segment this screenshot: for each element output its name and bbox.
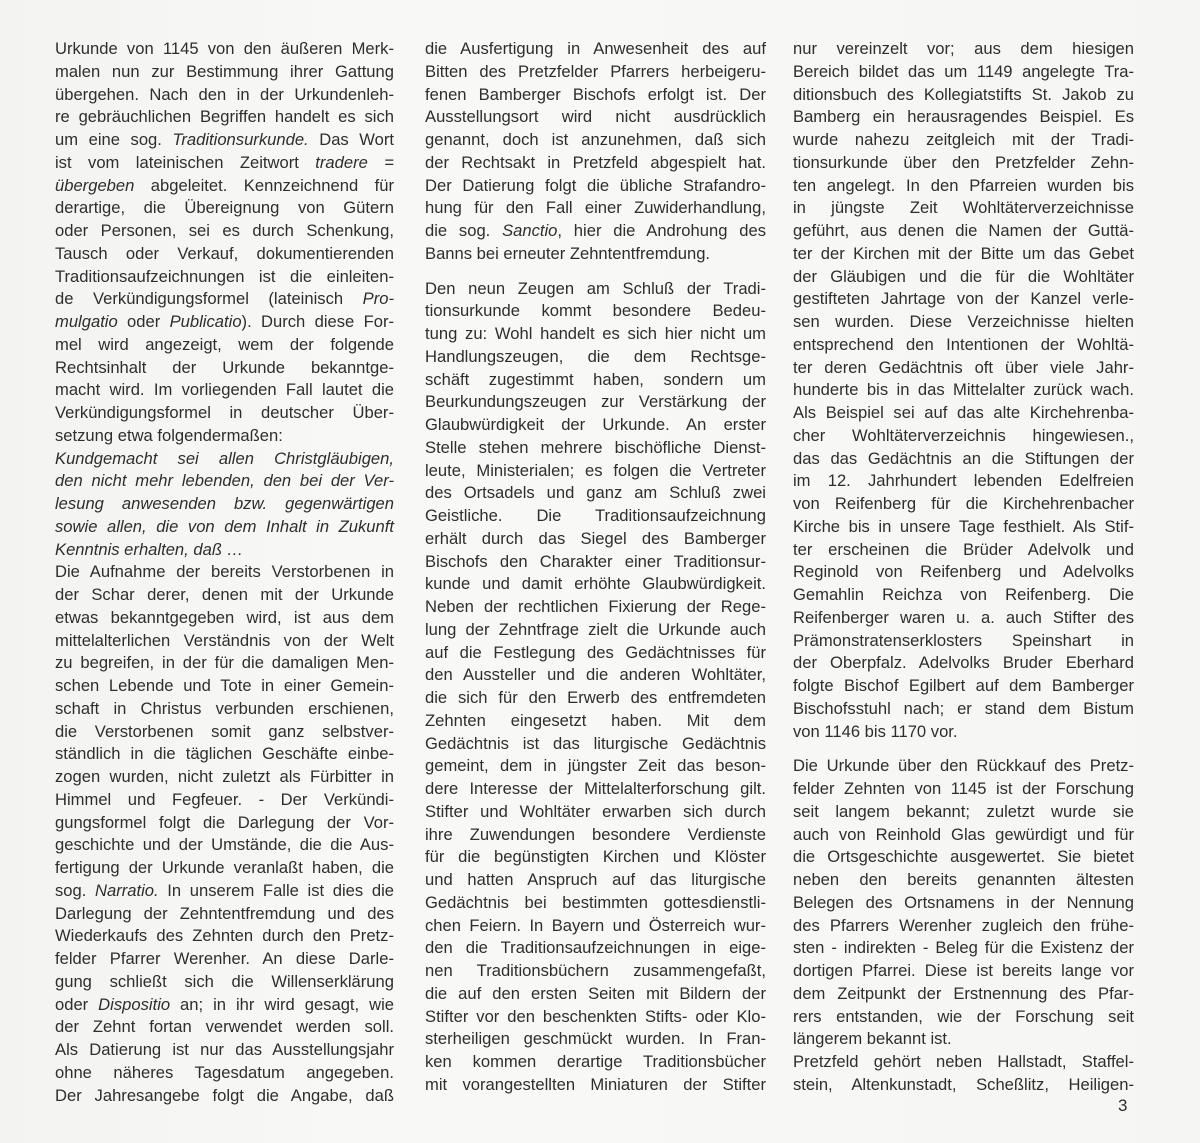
text-line: der Zehnt fortan verwendet werden soll.: [55, 1016, 394, 1039]
text-line: zogen wurden, nicht zuletzt als Fürbitte…: [55, 766, 394, 789]
text-line: des Pfarrers Werenher zugleich den frühe…: [793, 915, 1134, 938]
text-line: Bischofs den Charakter einer Traditionsu…: [425, 551, 766, 574]
paragraph: Urkunde von 1145 von den äußeren Merk-ma…: [55, 38, 394, 1107]
text-line: den nicht mehr lebenden, den bei der Ver…: [55, 470, 394, 493]
text-line: kunde und damit erhöhte Glaubwürdigkeit.: [425, 573, 766, 596]
text-line: ihre Zuwendungen besondere Verdienste: [425, 824, 766, 847]
italic-term: Traditionsurkunde.: [172, 130, 308, 149]
text-line: Der Datierung folgt die übliche Strafand…: [425, 175, 766, 198]
italic-term: Sanctio: [502, 221, 557, 240]
text-line: für die begünstigten Kirchen und Klöster: [425, 846, 766, 869]
text-line: felder Pfarrer Werenher. An diese Darle-: [55, 948, 394, 971]
text-line: auch von Reinhold Glas gewürdigt und für: [793, 824, 1134, 847]
text-line: des Ortsadels und ganz am Schluß zwei: [425, 482, 766, 505]
text-line: Kirche bis in unsere Tage festhielt. Als…: [793, 516, 1134, 539]
text-line: ter deren Gedächtnis oft über viele Jahr…: [793, 357, 1134, 380]
text-line: Stelle stehen mehrere bischöfliche Diens…: [425, 437, 766, 460]
text-line: Reifenberger waren u. a. auch Stifter de…: [793, 607, 1134, 630]
text-line: sog. Narratio. In unserem Falle ist dies…: [55, 880, 394, 903]
text-line: Neben der rechtlichen Fixierung der Rege…: [425, 596, 766, 619]
text-line: Handlungszeugen, die dem Rechtsge-: [425, 346, 766, 369]
text-line: Traditionsaufzeichnungen ist die einleit…: [55, 266, 394, 289]
text-line: nen Traditionsbüchern zusammengefaßt,: [425, 960, 766, 983]
text-line: schaft in Christus verbunden erschienen,: [55, 698, 394, 721]
text-line: längerem bekannt ist.: [793, 1028, 1134, 1051]
text-line: hunderte bis in das Mittelalter zurück w…: [793, 379, 1134, 402]
text-line: Bamberg ein herausragendes Beispiel. Es: [793, 106, 1134, 129]
text-line: um eine sog. Traditionsurkunde. Das Wort: [55, 129, 394, 152]
italic-term: tradere =: [315, 153, 394, 172]
text-line: ten angelegt. In den Pfarreien wurden bi…: [793, 175, 1134, 198]
text-line: derartige, die Übereignung von Gütern: [55, 197, 394, 220]
text-line: dere Interesse der Mittelalterforschung …: [425, 778, 766, 801]
document-page: Urkunde von 1145 von den äußeren Merk-ma…: [0, 0, 1200, 1143]
text-line: fenen Bamberger Bischofs erfolgt ist. De…: [425, 84, 766, 107]
text-line: die auf den ersten Seiten mit Bildern de…: [425, 983, 766, 1006]
text-line: Reginold von Reifenberg und Adelvolks: [793, 561, 1134, 584]
text-line: Darlegung der Zehntentfremdung und des: [55, 903, 394, 926]
text-line: gungsformel folgt die Darlegung der Vor-: [55, 812, 394, 835]
text-column-middle: die Ausfertigung in Anwesenheit des aufB…: [425, 38, 766, 1097]
text-line: neben den bereits genannten ältesten: [793, 869, 1134, 892]
paragraph: Den neun Zeugen am Schluß der Tradi-tion…: [425, 278, 766, 1097]
text-line: der Gläubigen und die für die Wohltäter: [793, 266, 1134, 289]
text-line: Bischofsstuhl nach; er stand dem Bistum: [793, 698, 1134, 721]
text-line: leute, Ministerialen; es folgen die Vert…: [425, 460, 766, 483]
text-line: Gedächtnis bei bestimmten gottesdienstli…: [425, 892, 766, 915]
text-line: Geistliche. Die Traditionsaufzeichnung: [425, 505, 766, 528]
text-line: die sich für den Erwerb des entfremdeten: [425, 687, 766, 710]
text-line: den Aussteller und die anderen Wohltäter…: [425, 664, 766, 687]
paragraph-gap: [425, 266, 766, 278]
text-line: der Oberpfalz. Adelvolks Bruder Eberhard: [793, 652, 1134, 675]
text-line: geschichte und der Umstände, die die Aus…: [55, 834, 394, 857]
paragraph: Die Urkunde über den Rückkauf des Pretz-…: [793, 755, 1134, 1096]
text-line: der Schar derer, denen mit der Urkunde: [55, 584, 394, 607]
text-line: oder Personen, sei es durch Schenkung,: [55, 220, 394, 243]
text-line: im 12. Jahrhundert lebenden Edelfreien: [793, 470, 1134, 493]
page-number: 3: [1118, 1096, 1127, 1116]
text-line: Ausstellungsort wird nicht ausdrücklich: [425, 106, 766, 129]
text-line: von 1146 bis 1170 vor.: [793, 721, 1134, 744]
text-line: fertigung der Urkunde veranlaßt haben, d…: [55, 857, 394, 880]
text-line: Als Beispiel sei auf das alte Kirchehren…: [793, 402, 1134, 425]
text-line: übergeben abgeleitet. Kennzeichnend für: [55, 175, 394, 198]
text-line: sten - indirekten - Beleg für die Existe…: [793, 937, 1134, 960]
text-line: re gebräuchlichen Begriffen handelt es s…: [55, 106, 394, 129]
text-line: auf die Festlegung des Gedächtnisses für: [425, 642, 766, 665]
text-line: gestifteten Jahrtage von der Kanzel verl…: [793, 288, 1134, 311]
text-line: folgte Bischof Egilbert auf dem Bamberge…: [793, 675, 1134, 698]
text-line: Gedächtnis ist das liturgische Gedächtni…: [425, 733, 766, 756]
text-line: entsprechend den Intentionen der Wohltä-: [793, 334, 1134, 357]
text-line: zu begreifen, in der für die damaligen M…: [55, 652, 394, 675]
text-line: nur vereinzelt vor; aus dem hiesigen: [793, 38, 1134, 61]
text-line: Gemahlin Reichza von Reifenberg. Die: [793, 584, 1134, 607]
text-line: felder Zehnten von 1145 ist der Forschun…: [793, 778, 1134, 801]
text-line: Banns bei erneuter Zehntentfremdung.: [425, 243, 766, 266]
italic-term: sowie allen, die von dem Inhalt in Zukun…: [55, 517, 394, 536]
text-line: das das Gedächtnis an die Stiftungen der: [793, 448, 1134, 471]
text-line: dortigen Pfarrei. Diese ist bereits lang…: [793, 960, 1134, 983]
text-line: tung zu: Wohl handelt es sich hier nicht…: [425, 323, 766, 346]
text-line: stein, Altenkunstadt, Scheßlitz, Heilige…: [793, 1074, 1134, 1097]
text-line: gung schließt sich die Willenserklärung: [55, 971, 394, 994]
text-line: seit langem bekannt; zuletzt wurde sie: [793, 801, 1134, 824]
text-line: malen nun zur Bestimmung ihrer Gattung: [55, 61, 394, 84]
text-line: Pretzfeld gehört neben Hallstadt, Staffe…: [793, 1051, 1134, 1074]
text-line: ter erscheinen die Brüder Adelvolk und: [793, 539, 1134, 562]
text-line: tionsurkunde über den Pretzfelder Zehn-: [793, 152, 1134, 175]
text-line: ter der Kirchen mit der Bitte um das Geb…: [793, 243, 1134, 266]
text-line: der Rechtsakt in Pretzfeld abgespielt ha…: [425, 152, 766, 175]
text-line: ditionsbuch des Kollegiatstifts St. Jako…: [793, 84, 1134, 107]
text-line: die Verstorbenen somit ganz selbstver-: [55, 721, 394, 744]
text-line: übergehen. Nach den in der Urkundenleh-: [55, 84, 394, 107]
text-line: de Verkündigungsformel (lateinisch Pro-: [55, 288, 394, 311]
text-line: tionsurkunde kommt besondere Bedeu-: [425, 300, 766, 323]
text-line: hung für den Fall einer Zuwiderhandlung,: [425, 197, 766, 220]
italic-term: Narratio.: [95, 881, 159, 900]
text-line: sen wurden. Diese Verzeichnisse hielten: [793, 311, 1134, 334]
text-line: geführt, aus denen die Namen der Guttä-: [793, 220, 1134, 243]
italic-term: Pro-: [363, 289, 394, 308]
text-line: schen Lebende und Tote in einer Gemein-: [55, 675, 394, 698]
text-line: Urkunde von 1145 von den äußeren Merk-: [55, 38, 394, 61]
text-line: Zehnten eingesetzt haben. Mit dem: [425, 710, 766, 733]
italic-term: lesung anwesenden bzw. gegenwärtigen: [55, 494, 394, 513]
text-line: Rechtsinhalt der Urkunde bekanntge-: [55, 357, 394, 380]
text-line: in jüngste Zeit Wohltäterverzeichnisse: [793, 197, 1134, 220]
text-line: sowie allen, die von dem Inhalt in Zukun…: [55, 516, 394, 539]
text-line: Wiederkaufs des Zehnten durch den Pretz-: [55, 925, 394, 948]
italic-term: den nicht mehr lebenden, den bei der Ver…: [55, 471, 394, 490]
text-line: und hatten Anspruch auf das liturgische: [425, 869, 766, 892]
text-line: Den neun Zeugen am Schluß der Tradi-: [425, 278, 766, 301]
text-line: ohne näheres Tagesdatum angegeben.: [55, 1062, 394, 1085]
text-line: Die Aufnahme der bereits Verstorbenen in: [55, 561, 394, 584]
text-line: oder Dispositio an; in ihr wird gesagt, …: [55, 994, 394, 1017]
text-line: dem Zeitpunkt der Erstnennung des Pfar-: [793, 983, 1134, 1006]
text-line: Beurkundungszeugen zur Verstärkung der: [425, 391, 766, 414]
paragraph: die Ausfertigung in Anwesenheit des aufB…: [425, 38, 766, 266]
text-line: Die Urkunde über den Rückkauf des Pretz-: [793, 755, 1134, 778]
text-line: Belegen des Ortsnamens in der Nennung: [793, 892, 1134, 915]
text-line: erhält durch das Siegel des Bamberger: [425, 528, 766, 551]
text-line: den die Traditionsaufzeichnungen in eige…: [425, 937, 766, 960]
text-line: sterheiligen geschmückt wurden. In Fran-: [425, 1028, 766, 1051]
text-line: setzung etwa folgendermaßen:: [55, 425, 394, 448]
text-line: ken kommen derartige Traditionsbücher: [425, 1051, 766, 1074]
italic-term: Dispositio: [98, 995, 170, 1014]
text-line: lesung anwesenden bzw. gegenwärtigen: [55, 493, 394, 516]
text-line: ist vom lateinischen Zeitwort tradere =: [55, 152, 394, 175]
text-line: lung der Zehntfrage zielt die Urkunde au…: [425, 619, 766, 642]
text-line: Glaubwürdigkeit der Urkunde. An erster: [425, 414, 766, 437]
text-column-right: nur vereinzelt vor; aus dem hiesigenBere…: [793, 38, 1134, 1097]
text-line: Bitten des Pretzfelder Pfarrers herbeige…: [425, 61, 766, 84]
paragraph: nur vereinzelt vor; aus dem hiesigenBere…: [793, 38, 1134, 743]
text-line: mulgatio oder Publicatio). Durch diese F…: [55, 311, 394, 334]
text-line: Bereich bildet das um 1149 angelegte Tra…: [793, 61, 1134, 84]
text-line: die Ortsgeschichte ausgewertet. Sie biet…: [793, 846, 1134, 869]
paragraph-gap: [793, 743, 1134, 755]
text-line: Kundgemacht sei allen Christgläubigen,: [55, 448, 394, 471]
italic-term: übergeben: [55, 176, 134, 195]
text-line: cher Wohltäterverzeichnis hingewiesen.,: [793, 425, 1134, 448]
text-line: chen Feiern. In Bayern und Österreich wu…: [425, 915, 766, 938]
text-line: genannt, doch ist anzunehmen, daß sich: [425, 129, 766, 152]
text-line: Tausch oder Verkauf, dokumentierenden: [55, 243, 394, 266]
text-line: Stifter und Wohltäter erwarben sich durc…: [425, 801, 766, 824]
text-line: Himmel und Fegfeuer. - Der Verkündi-: [55, 789, 394, 812]
text-line: ständlich in die täglichen Geschäfte ein…: [55, 743, 394, 766]
text-line: gemeint, dem in jüngster Zeit das beson-: [425, 755, 766, 778]
text-line: Der Jahresangebe folgt die Angabe, daß: [55, 1085, 394, 1108]
text-line: von Reifenberg für die Kirchehrenbacher: [793, 493, 1134, 516]
text-line: mit vorangestellten Miniaturen der Stift…: [425, 1074, 766, 1097]
italic-term: Publicatio: [170, 312, 242, 331]
text-line: wurde nahezu zeitgleich mit der Tradi-: [793, 129, 1134, 152]
text-line: Als Datierung ist nur das Ausstellungsja…: [55, 1039, 394, 1062]
text-line: rers entstanden, wie der Forschung seit: [793, 1006, 1134, 1029]
italic-term: Kenntnis erhalten, daß …: [55, 540, 243, 559]
text-line: die sog. Sanctio, hier die Androhung des: [425, 220, 766, 243]
text-line: macht wird. Im vorliegenden Fall lautet …: [55, 379, 394, 402]
text-line: etwas bekanntgegeben wird, ist aus dem: [55, 607, 394, 630]
text-line: die Ausfertigung in Anwesenheit des auf: [425, 38, 766, 61]
text-line: mel wird angezeigt, wem der folgende: [55, 334, 394, 357]
text-line: Stifter vor den beschenkten Stifts- oder…: [425, 1006, 766, 1029]
text-line: schäft zugestimmt haben, sondern um: [425, 369, 766, 392]
italic-term: mulgatio: [55, 312, 118, 331]
text-line: Verkündigungsformel in deutscher Über-: [55, 402, 394, 425]
text-column-left: Urkunde von 1145 von den äußeren Merk-ma…: [55, 38, 394, 1107]
italic-term: Kundgemacht sei allen Christgläubigen,: [55, 449, 394, 468]
text-line: mittelalterlichen Verständnis von der We…: [55, 630, 394, 653]
text-line: Prämonstratenserklosters Speinshart in: [793, 630, 1134, 653]
text-line: Kenntnis erhalten, daß …: [55, 539, 394, 562]
